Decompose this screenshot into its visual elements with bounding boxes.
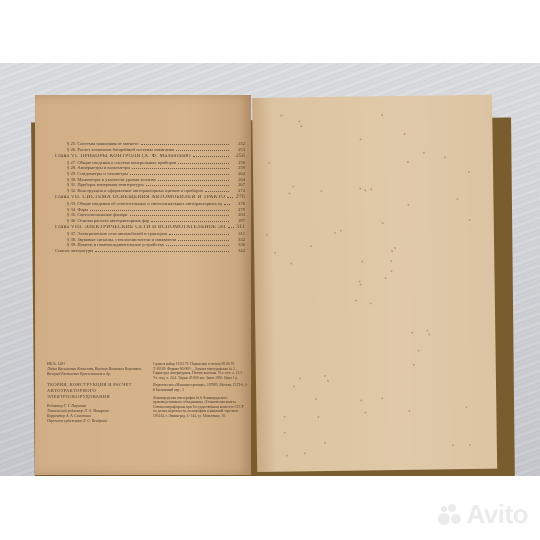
toc-entry-title: § 26. Расчет элементов батарейной систем… (67, 147, 174, 153)
paper-speckle (359, 188, 361, 190)
leader-dots (176, 150, 229, 151)
paper-speckle (466, 406, 468, 408)
leader-dots (169, 234, 229, 235)
leader-dots (193, 156, 229, 157)
toc-entry: § 32. Конструкция и оформление автотракт… (55, 188, 245, 194)
print-details: Сдано в набор 19.02.79. Подписано в печа… (153, 362, 248, 380)
leader-dots (151, 221, 229, 222)
paper-speckle (394, 247, 396, 249)
printer-info: Ленинградская типография № 6 Ленинградск… (153, 396, 248, 419)
leader-dots (205, 191, 229, 192)
paper-speckle (391, 270, 393, 272)
book-title: ТЕОРИЯ, КОНСТРУКЦИЯ И РАСЧЕТ АВТОТРАКТОР… (47, 382, 147, 400)
paper-speckle (418, 350, 420, 352)
paper-speckle (469, 219, 471, 221)
toc-entry-title: § 33. Общие сведения об осветительных и … (67, 201, 222, 207)
toc-entry: § 26. Расчет элементов батарейной систем… (55, 147, 245, 153)
table-of-contents: § 25. Системы зажигания от магнето252§ 2… (55, 141, 245, 253)
paper-speckle (364, 189, 366, 191)
paper-speckle (412, 332, 414, 334)
paper-speckle (423, 152, 425, 154)
paper-speckle (361, 400, 363, 402)
leader-dots (224, 204, 230, 205)
paper-speckle (451, 444, 453, 446)
paper-speckle (299, 378, 301, 380)
avito-watermark: Avito (438, 499, 528, 530)
leader-dots (158, 180, 229, 181)
leader-dots (178, 163, 229, 164)
paper-speckle (288, 193, 290, 195)
toc-entry: Список литературы342 (55, 248, 245, 254)
paper-speckle (426, 330, 428, 332)
toc-page-number: 287 (231, 218, 245, 224)
paper-speckle (469, 171, 471, 173)
paper-speckle (361, 260, 363, 262)
paper-speckle (408, 204, 410, 206)
publisher-info: Издательство «Машиностроение», 107885, М… (153, 383, 248, 392)
paper-speckle (404, 133, 406, 135)
paper-speckle (456, 198, 458, 200)
paper-speckle (293, 385, 295, 387)
toc-entry-title: § 36. Основы расчета автотракторных фар (67, 218, 149, 224)
paper-speckle (299, 120, 301, 122)
avito-wordmark: Avito (466, 499, 528, 530)
paper-speckle (444, 156, 446, 158)
book-photo: § 25. Системы зажигания от магнето252§ 2… (0, 63, 540, 476)
authors: Лидия Васильевна Копылова, Виктор Иванов… (47, 367, 147, 377)
paper-speckle (324, 375, 326, 377)
toc-page-number: 342 (231, 248, 245, 254)
paper-speckle (359, 138, 361, 140)
paper-speckle (327, 380, 329, 382)
paper-speckle (469, 444, 471, 446)
toc-page-number: 253 (231, 147, 245, 153)
leader-dots (146, 185, 229, 186)
leader-dots (178, 240, 229, 241)
avito-logo-icon (438, 504, 462, 526)
leader-dots (141, 144, 229, 145)
paper-speckle (280, 115, 282, 117)
paper-speckle (370, 189, 372, 191)
colophon-right: Сдано в набор 19.02.79. Подписано в печа… (153, 362, 248, 422)
paper-speckle (333, 232, 335, 234)
leader-dots (90, 210, 229, 211)
paper-speckle (391, 250, 393, 252)
leader-dots (132, 168, 229, 169)
paper-speckle (390, 260, 392, 262)
paper-speckle (324, 442, 326, 444)
leader-dots (166, 245, 229, 246)
leader-dots (130, 215, 229, 216)
paper-speckle (364, 412, 366, 414)
paper-speckle (286, 454, 288, 456)
leader-dots (228, 227, 234, 228)
paper-speckle (265, 234, 267, 236)
leader-dots (95, 251, 229, 252)
paper-speckle (292, 186, 294, 188)
paper-speckle (355, 299, 357, 301)
paper-speckle (310, 245, 312, 247)
leader-dots (130, 174, 229, 175)
paper-speckle (370, 303, 372, 305)
paper-speckle (290, 263, 292, 265)
left-page: § 25. Системы зажигания от магнето252§ 2… (35, 95, 251, 475)
paper-speckle (381, 115, 383, 117)
paper-speckle (318, 417, 320, 419)
leader-dots (227, 197, 233, 198)
toc-entry-title: § 32. Конструкция и оформление автотракт… (67, 188, 203, 194)
paper-speckle (274, 252, 276, 254)
paper-speckle (413, 364, 415, 366)
paper-speckle (407, 161, 409, 163)
paper-speckle (284, 432, 286, 434)
paper-speckle (268, 162, 270, 164)
paper-speckle (283, 415, 285, 417)
paper-speckle (320, 190, 322, 192)
paper-speckle (382, 397, 384, 399)
paper-speckle (359, 280, 361, 282)
right-page-endpaper (252, 95, 497, 472)
toc-entry: § 36. Основы расчета автотракторных фар2… (55, 218, 245, 224)
paper-speckle (339, 229, 341, 231)
paper-speckle (428, 334, 430, 336)
toc-page-number: 272 (231, 188, 245, 194)
toc-entry-title: Список литературы (55, 248, 93, 254)
paper-speckle (316, 398, 318, 400)
paper-speckle (385, 277, 387, 279)
paper-speckle (300, 125, 302, 127)
paper-speckle (360, 284, 362, 286)
paper-speckle (408, 410, 410, 412)
colophon-left: ИБ № 1281 Лидия Васильевна Копылова, Вик… (47, 362, 147, 424)
paper-speckle (304, 452, 306, 454)
credit-line: Переплет художника Л. С. Вендрова (47, 419, 147, 424)
paper-speckle (381, 222, 383, 224)
